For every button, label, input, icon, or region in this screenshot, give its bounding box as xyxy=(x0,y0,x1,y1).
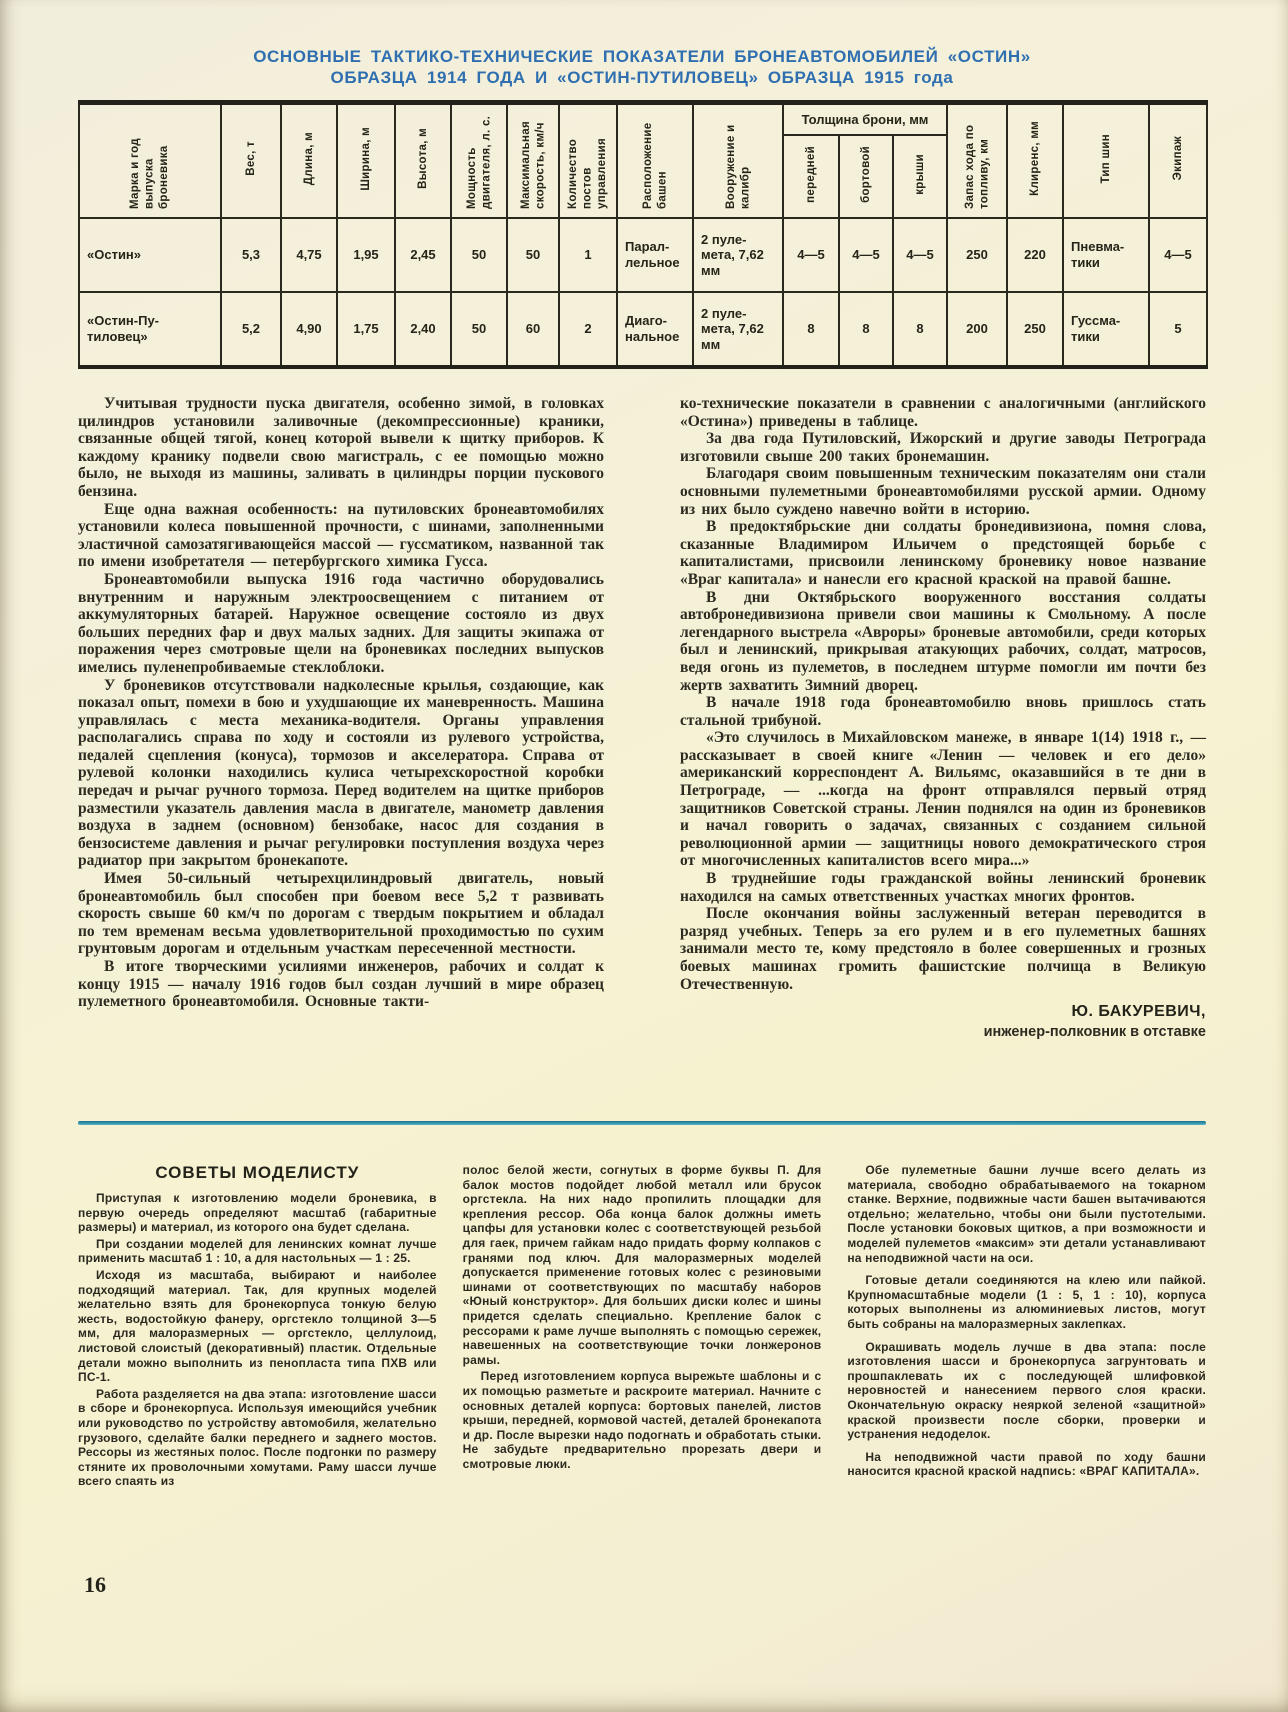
cell-bashni: Диаго-нальное xyxy=(617,292,693,367)
col-header-label: Ширина, м xyxy=(359,127,373,191)
col-header-label: Марка и год выпуска броневика xyxy=(128,109,171,209)
tips-heading: СОВЕТЫ МОДЕЛИСТУ xyxy=(78,1163,437,1183)
paragraph: «Это случилось в Михайловском манеже, в … xyxy=(680,729,1206,870)
col-header-label: Расположение башен xyxy=(641,109,670,209)
cell-armor-front: 8 xyxy=(783,292,839,367)
cell-shirina: 1,95 xyxy=(337,218,395,292)
col-header-klirens: Клиренс, мм xyxy=(1007,103,1063,219)
col-header-moshchnost: Мощность двигателя, л. с. xyxy=(451,103,507,219)
paragraph: На неподвижной части правой по ходу башн… xyxy=(847,1450,1206,1479)
cell-vysota: 2,40 xyxy=(395,292,451,367)
col-header-label: Вооружение и калибр xyxy=(724,109,753,209)
paragraph: Имея 50-сильный четырехцилиндровый двига… xyxy=(78,870,604,958)
cell-marka: «Остин» xyxy=(79,218,221,292)
cell-ekipazh: 5 xyxy=(1149,292,1207,367)
page-content: ОСНОВНЫЕ ТАКТИКО-ТЕХНИЧЕСКИЕ ПОКАЗАТЕЛИ … xyxy=(78,0,1206,1563)
paragraph: Готовые детали соединяются на клею или п… xyxy=(847,1273,1206,1331)
paragraph: За два года Путиловский, Ижорский и друг… xyxy=(680,430,1206,465)
tips-section: СОВЕТЫ МОДЕЛИСТУ Приступая к изготовлени… xyxy=(78,1163,1206,1563)
paragraph: В труднейшие годы гражданской войны лени… xyxy=(680,870,1206,905)
col-header-label: Тип шин xyxy=(1099,134,1113,184)
paragraph: Приступая к изготовлению модели броневик… xyxy=(78,1191,437,1235)
article-column-left: Учитывая трудности пуска двигателя, особ… xyxy=(78,395,604,1107)
cell-armor-side: 4—5 xyxy=(839,218,893,292)
tips-column-2: полос белой жести, согнутых в форме букв… xyxy=(463,1163,822,1563)
author-role: инженер-полковник в отставке xyxy=(680,1024,1206,1040)
col-header-label: Клиренс, мм xyxy=(1028,121,1042,196)
cell-shiny: Пневма-тики xyxy=(1063,218,1149,292)
col-header-label: крыши xyxy=(913,154,927,195)
col-header-label: Запас хода по топливу, км xyxy=(963,109,992,209)
author-name: Ю. БАКУРЕВИЧ, xyxy=(680,1003,1206,1021)
paragraph: ко-технические показатели в сравнении с … xyxy=(680,395,1206,430)
paragraph: Учитывая трудности пуска двигателя, особ… xyxy=(78,395,604,501)
header-row: Марка и год выпуска броневика Вес, т Дли… xyxy=(79,103,1207,136)
col-header-skorost: Максимальная скорость, км/ч xyxy=(507,103,559,219)
paragraph: Работа разделяется на два этапа: изготов… xyxy=(78,1387,437,1489)
col-header-vooruzhenie: Вооружение и калибр xyxy=(693,103,783,219)
paragraph: У броневиков отсутствовали надколесные к… xyxy=(78,677,604,871)
cell-armor-roof: 4—5 xyxy=(893,218,947,292)
cell-bashni: Парал-лельное xyxy=(617,218,693,292)
cell-klirens: 220 xyxy=(1007,218,1063,292)
table-row: «Остин» 5,3 4,75 1,95 2,45 50 50 1 Парал… xyxy=(79,218,1207,292)
cell-marka: «Остин-Пу-тиловец» xyxy=(79,292,221,367)
paragraph: В предоктябрьские дни солдаты бронедивиз… xyxy=(680,518,1206,588)
cell-klirens: 250 xyxy=(1007,292,1063,367)
col-header-ekipazh: Экипаж xyxy=(1149,103,1207,219)
cell-skorost: 50 xyxy=(507,218,559,292)
tips-column-3: Обе пулеметные башни лучше всего делать … xyxy=(847,1163,1206,1563)
col-header-posty: Количество постов управления xyxy=(559,103,617,219)
paragraph: Благодаря своим повышенным техническим п… xyxy=(680,465,1206,518)
cell-ekipazh: 4—5 xyxy=(1149,218,1207,292)
paragraph: После окончания войны заслуженный ветера… xyxy=(680,905,1206,993)
armor-group-header: Толщина брони, мм xyxy=(783,103,947,136)
col-header-shiny: Тип шин xyxy=(1063,103,1149,219)
paragraph: В дни Октябрьского вооруженного восстани… xyxy=(680,589,1206,695)
cell-moshchnost: 50 xyxy=(451,292,507,367)
col-header-label: Количество постов управления xyxy=(566,109,609,209)
col-header-label: Экипаж xyxy=(1171,136,1185,180)
section-divider-rule xyxy=(78,1121,1206,1125)
cell-vooruzhenie: 2 пуле-мета, 7,62 мм xyxy=(693,218,783,292)
cell-vysota: 2,45 xyxy=(395,218,451,292)
cell-dlina: 4,90 xyxy=(281,292,337,367)
col-header-shirina: Ширина, м xyxy=(337,103,395,219)
cell-zapas: 200 xyxy=(947,292,1007,367)
col-header-label: Вес, т xyxy=(244,141,258,176)
cell-posty: 2 xyxy=(559,292,617,367)
table-title: ОСНОВНЫЕ ТАКТИКО-ТЕХНИЧЕСКИЕ ПОКАЗАТЕЛИ … xyxy=(78,46,1206,88)
spec-table: Марка и год выпуска броневика Вес, т Дли… xyxy=(78,100,1208,369)
cell-armor-roof: 8 xyxy=(893,292,947,367)
table-title-line1: ОСНОВНЫЕ ТАКТИКО-ТЕХНИЧЕСКИЕ ПОКАЗАТЕЛИ … xyxy=(78,46,1206,67)
cell-ves: 5,2 xyxy=(221,292,281,367)
armor-sub-roof: крыши xyxy=(893,135,947,218)
col-header-marka: Марка и год выпуска броневика xyxy=(79,103,221,219)
armor-sub-front: передней xyxy=(783,135,839,218)
cell-dlina: 4,75 xyxy=(281,218,337,292)
paragraph: Исходя из масштаба, выбирают и наиболее … xyxy=(78,1268,437,1385)
col-header-label: Максимальная скорость, км/ч xyxy=(519,109,548,209)
paragraph: полос белой жести, согнутых в форме букв… xyxy=(463,1163,822,1367)
cell-zapas: 250 xyxy=(947,218,1007,292)
article-column-right: ко-технические показатели в сравнении с … xyxy=(680,395,1206,1107)
cell-moshchnost: 50 xyxy=(451,218,507,292)
armor-sub-side: бортовой xyxy=(839,135,893,218)
col-header-ves: Вес, т xyxy=(221,103,281,219)
cell-shirina: 1,75 xyxy=(337,292,395,367)
col-header-dlina: Длина, м xyxy=(281,103,337,219)
paragraph: В итоге творческими усилиями инженеров, … xyxy=(78,958,604,1011)
col-header-label: Мощность двигателя, л. с. xyxy=(465,109,494,209)
cell-posty: 1 xyxy=(559,218,617,292)
author-signature: Ю. БАКУРЕВИЧ, инженер-полковник в отстав… xyxy=(680,1003,1206,1040)
cell-armor-front: 4—5 xyxy=(783,218,839,292)
cell-vooruzhenie: 2 пуле-мета, 7,62 мм xyxy=(693,292,783,367)
col-header-label: Длина, м xyxy=(302,132,316,185)
col-header-label: передней xyxy=(804,146,818,203)
tips-column-1: СОВЕТЫ МОДЕЛИСТУ Приступая к изготовлени… xyxy=(78,1163,437,1563)
paragraph: В начале 1918 года бронеавтомобилю вновь… xyxy=(680,694,1206,729)
col-header-bashni: Расположение башен xyxy=(617,103,693,219)
table-title-line2: ОБРАЗЦА 1914 ГОДА И «ОСТИН-ПУТИЛОВЕЦ» ОБ… xyxy=(78,67,1206,88)
paragraph: При создании моделей для ленинских комна… xyxy=(78,1237,437,1266)
paragraph: Обе пулеметные башни лучше всего делать … xyxy=(847,1163,1206,1265)
col-header-label: Высота, м xyxy=(416,128,430,189)
cell-armor-side: 8 xyxy=(839,292,893,367)
col-header-zapas: Запас хода по топливу, км xyxy=(947,103,1007,219)
col-header-vysota: Высота, м xyxy=(395,103,451,219)
page-number: 16 xyxy=(84,1572,106,1598)
col-header-label: бортовой xyxy=(859,146,873,203)
paragraph: Перед изготовлением корпуса вырежьте шаб… xyxy=(463,1369,822,1471)
paragraph: Еще одна важная особенность: на путиловс… xyxy=(78,501,604,571)
cell-shiny: Гуссма-тики xyxy=(1063,292,1149,367)
paragraph: Бронеавтомобили выпуска 1916 года частич… xyxy=(78,571,604,677)
table-row: «Остин-Пу-тиловец» 5,2 4,90 1,75 2,40 50… xyxy=(79,292,1207,367)
cell-ves: 5,3 xyxy=(221,218,281,292)
magazine-page: ОСНОВНЫЕ ТАКТИКО-ТЕХНИЧЕСКИЕ ПОКАЗАТЕЛИ … xyxy=(0,0,1288,1712)
cell-skorost: 60 xyxy=(507,292,559,367)
article-body: Учитывая трудности пуска двигателя, особ… xyxy=(78,395,1206,1107)
paragraph: Окрашивать модель лучше в два этапа: пос… xyxy=(847,1340,1206,1442)
